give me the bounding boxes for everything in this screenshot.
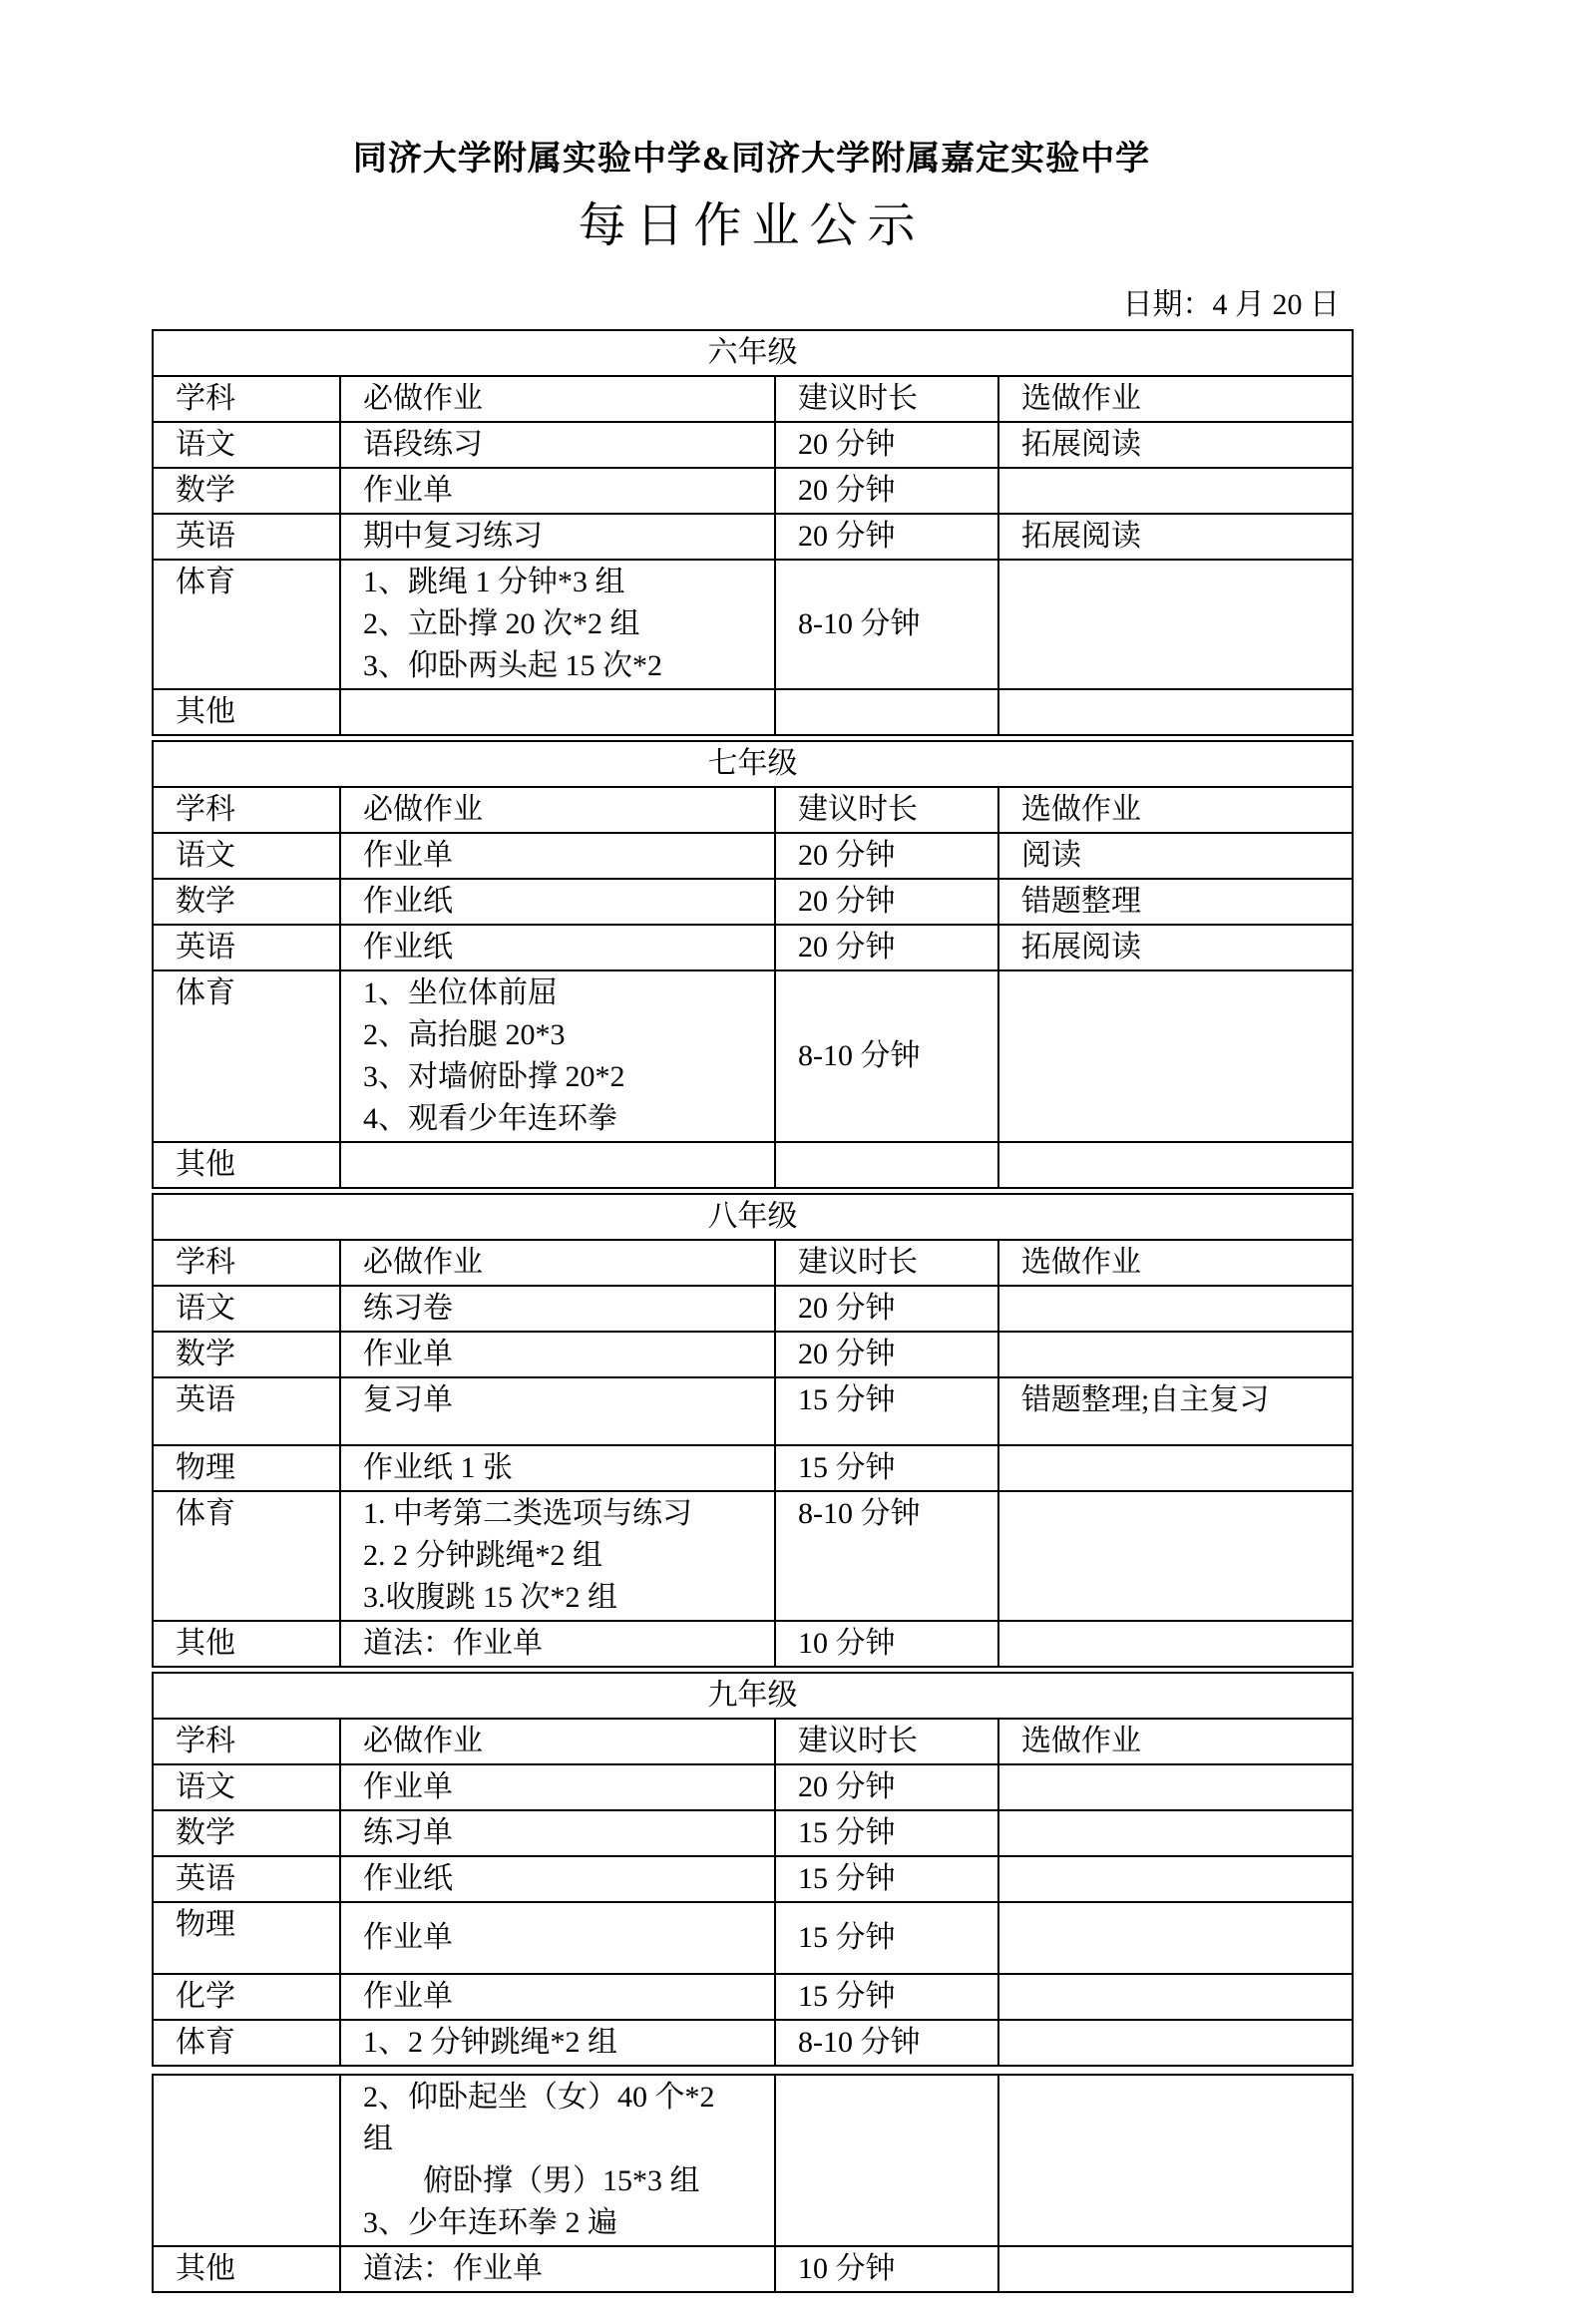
subject-cell: 其他 <box>153 689 340 735</box>
duration-cell: 8-10 分钟 <box>775 1491 998 1621</box>
homework-line: 组 <box>363 2119 766 2160</box>
homework-line: 道法：作业单 <box>363 1623 766 1665</box>
grade-band: 六年级 <box>153 330 1353 376</box>
duration-cell: 20 分钟 <box>775 422 998 468</box>
duration-cell: 20 分钟 <box>775 514 998 560</box>
subject-cell: 体育 <box>153 2020 340 2066</box>
subject-cell: 语文 <box>153 1286 340 1332</box>
required-cell: 1、2 分钟跳绳*2 组 <box>340 2020 775 2066</box>
duration-cell: 20 分钟 <box>775 833 998 879</box>
column-header: 学科 <box>153 1240 340 1286</box>
subject-cell: 英语 <box>153 1856 340 1902</box>
homework-line: 2、高抬腿 20*3 <box>363 1014 766 1056</box>
required-cell <box>340 689 775 735</box>
homework-line: 作业单 <box>363 470 766 512</box>
optional-cell <box>998 2020 1353 2066</box>
required-cell: 作业单 <box>340 1902 775 1974</box>
homework-line: 1. 中考第二类选项与练习 <box>363 1493 766 1535</box>
homework-line: 3.收腹跳 15 次*2 组 <box>363 1577 766 1619</box>
subject-cell: 其他 <box>153 1142 340 1188</box>
document-page: 同济大学附属实验中学&同济大学附属嘉定实验中学 每日作业公示 日期：4 月 20… <box>0 0 1582 2324</box>
homework-line: 4、观看少年连环拳 <box>363 1098 766 1140</box>
table-row: 语文作业单20 分钟阅读 <box>153 833 1353 879</box>
homework-line: 作业单 <box>363 1334 766 1375</box>
duration-cell: 15 分钟 <box>775 1856 998 1902</box>
column-header: 学科 <box>153 376 340 422</box>
homework-line: 3、对墙俯卧撑 20*2 <box>363 1056 766 1098</box>
subject-cell: 语文 <box>153 833 340 879</box>
homework-line: 练习单 <box>363 1812 766 1854</box>
subject-cell: 英语 <box>153 514 340 560</box>
subject-cell: 其他 <box>153 2246 340 2292</box>
homework-line: 期中复习练习 <box>363 516 766 558</box>
optional-cell: 阅读 <box>998 833 1353 879</box>
document-content: 同济大学附属实验中学&同济大学附属嘉定实验中学 每日作业公示 日期：4 月 20… <box>152 140 1352 2293</box>
required-cell: 1. 中考第二类选项与练习2. 2 分钟跳绳*2 组3.收腹跳 15 次*2 组 <box>340 1491 775 1621</box>
homework-line: 1、坐位体前屈 <box>363 972 766 1014</box>
grade-table: 七年级学科必做作业建议时长选做作业语文作业单20 分钟阅读数学作业纸20 分钟错… <box>152 740 1354 1189</box>
duration-cell: 10 分钟 <box>775 1621 998 1667</box>
column-header: 建议时长 <box>775 787 998 833</box>
optional-cell <box>998 468 1353 514</box>
required-cell: 期中复习练习 <box>340 514 775 560</box>
optional-cell <box>998 1810 1353 1856</box>
homework-line: 作业纸 1 张 <box>363 1447 766 1489</box>
subject-cell: 数学 <box>153 879 340 925</box>
optional-cell <box>998 1332 1353 1377</box>
subject-cell: 英语 <box>153 1377 340 1445</box>
required-cell: 道法：作业单 <box>340 1621 775 1667</box>
optional-cell: 拓展阅读 <box>998 925 1353 970</box>
duration-cell <box>775 1142 998 1188</box>
required-cell: 作业单 <box>340 1974 775 2020</box>
grade-table: 六年级学科必做作业建议时长选做作业语文语段练习20 分钟拓展阅读数学作业单20 … <box>152 329 1354 736</box>
subject-cell: 语文 <box>153 1764 340 1810</box>
column-header: 选做作业 <box>998 376 1353 422</box>
column-header: 选做作业 <box>998 1719 1353 1764</box>
homework-line: 作业单 <box>363 1976 766 2018</box>
homework-line: 2、仰卧起坐（女）40 个*2 <box>363 2077 766 2119</box>
column-header: 选做作业 <box>998 1240 1353 1286</box>
optional-cell <box>998 1974 1353 2020</box>
homework-line: 1、跳绳 1 分钟*3 组 <box>363 562 766 603</box>
column-header: 建议时长 <box>775 1240 998 1286</box>
tables-host: 六年级学科必做作业建议时长选做作业语文语段练习20 分钟拓展阅读数学作业单20 … <box>152 329 1352 2293</box>
duration-cell: 15 分钟 <box>775 1902 998 1974</box>
table-row: 语文语段练习20 分钟拓展阅读 <box>153 422 1353 468</box>
homework-line: 作业单 <box>363 835 766 877</box>
column-header: 必做作业 <box>340 376 775 422</box>
optional-cell <box>998 2246 1353 2292</box>
optional-cell: 错题整理;自主复习 <box>998 1377 1353 1445</box>
table-row: 英语作业纸15 分钟 <box>153 1856 1353 1902</box>
optional-cell <box>998 2075 1353 2246</box>
subject-cell: 物理 <box>153 1902 340 1974</box>
table-row: 其他 <box>153 1142 1353 1188</box>
required-cell: 练习卷 <box>340 1286 775 1332</box>
table-row: 2、仰卧起坐（女）40 个*2组 俯卧撑（男）15*3 组3、少年连环拳 2 遍 <box>153 2075 1353 2246</box>
duration-cell: 15 分钟 <box>775 1974 998 2020</box>
table-row: 语文练习卷20 分钟 <box>153 1286 1353 1332</box>
grade-band: 九年级 <box>153 1673 1353 1719</box>
duration-cell <box>775 689 998 735</box>
required-cell: 作业纸 <box>340 925 775 970</box>
required-cell: 2、仰卧起坐（女）40 个*2组 俯卧撑（男）15*3 组3、少年连环拳 2 遍 <box>340 2075 775 2246</box>
table-row: 其他 <box>153 689 1353 735</box>
homework-line: 复习单 <box>363 1379 766 1421</box>
grade-table: 八年级学科必做作业建议时长选做作业语文练习卷20 分钟数学作业单20 分钟英语复… <box>152 1193 1354 1668</box>
homework-line: 作业纸 <box>363 881 766 923</box>
required-cell: 作业单 <box>340 833 775 879</box>
table-row: 其他道法：作业单10 分钟 <box>153 1621 1353 1667</box>
duration-cell: 8-10 分钟 <box>775 2020 998 2066</box>
duration-cell <box>775 2075 998 2246</box>
table-row: 英语复习单15 分钟错题整理;自主复习 <box>153 1377 1353 1445</box>
subject-cell: 体育 <box>153 970 340 1142</box>
required-cell: 道法：作业单 <box>340 2246 775 2292</box>
required-cell: 复习单 <box>340 1377 775 1445</box>
subject-cell <box>153 2075 340 2246</box>
duration-cell: 15 分钟 <box>775 1377 998 1445</box>
homework-line: 道法：作业单 <box>363 2248 766 2290</box>
table-row: 体育1、跳绳 1 分钟*3 组2、立卧撑 20 次*2 组3、仰卧两头起 15 … <box>153 560 1353 689</box>
column-header: 学科 <box>153 1719 340 1764</box>
required-cell <box>340 1142 775 1188</box>
subject-cell: 体育 <box>153 1491 340 1621</box>
subject-cell: 数学 <box>153 468 340 514</box>
table-row: 英语作业纸20 分钟拓展阅读 <box>153 925 1353 970</box>
table-row: 物理作业纸 1 张15 分钟 <box>153 1445 1353 1491</box>
homework-line: 练习卷 <box>363 1288 766 1330</box>
grade-table: 九年级学科必做作业建议时长选做作业语文作业单20 分钟数学练习单15 分钟英语作… <box>152 1672 1354 2067</box>
homework-line: 3、仰卧两头起 15 次*2 <box>363 645 766 687</box>
column-header: 必做作业 <box>340 787 775 833</box>
optional-cell: 错题整理 <box>998 879 1353 925</box>
subject-cell: 数学 <box>153 1810 340 1856</box>
homework-line: 作业单 <box>363 1917 766 1959</box>
optional-cell <box>998 1491 1353 1621</box>
page-title: 每日作业公示 <box>152 192 1352 261</box>
homework-line: 作业单 <box>363 1766 766 1808</box>
required-cell: 1、跳绳 1 分钟*3 组2、立卧撑 20 次*2 组3、仰卧两头起 15 次*… <box>340 560 775 689</box>
table-row: 数学作业单20 分钟 <box>153 468 1353 514</box>
required-cell: 作业纸 <box>340 879 775 925</box>
column-header: 学科 <box>153 787 340 833</box>
optional-cell <box>998 1445 1353 1491</box>
optional-cell <box>998 689 1353 735</box>
optional-cell: 拓展阅读 <box>998 422 1353 468</box>
required-cell: 1、坐位体前屈2、高抬腿 20*33、对墙俯卧撑 20*24、观看少年连环拳 <box>340 970 775 1142</box>
duration-cell: 20 分钟 <box>775 1332 998 1377</box>
subject-cell: 化学 <box>153 1974 340 2020</box>
optional-cell <box>998 1856 1353 1902</box>
grade-band: 八年级 <box>153 1194 1353 1240</box>
school-name: 同济大学附属实验中学&同济大学附属嘉定实验中学 <box>152 140 1352 180</box>
table-row: 体育1、坐位体前屈2、高抬腿 20*33、对墙俯卧撑 20*24、观看少年连环拳… <box>153 970 1353 1142</box>
optional-cell <box>998 970 1353 1142</box>
table-row: 其他道法：作业单10 分钟 <box>153 2246 1353 2292</box>
table-row: 语文作业单20 分钟 <box>153 1764 1353 1810</box>
date-label: 日期：4 月 20 日 <box>152 285 1352 325</box>
required-cell: 作业纸 1 张 <box>340 1445 775 1491</box>
optional-cell <box>998 1142 1353 1188</box>
column-header: 必做作业 <box>340 1719 775 1764</box>
required-cell: 作业单 <box>340 1332 775 1377</box>
table-row: 体育1. 中考第二类选项与练习2. 2 分钟跳绳*2 组3.收腹跳 15 次*2… <box>153 1491 1353 1621</box>
optional-cell <box>998 1286 1353 1332</box>
required-cell: 作业单 <box>340 468 775 514</box>
duration-cell: 20 分钟 <box>775 468 998 514</box>
homework-line: 2. 2 分钟跳绳*2 组 <box>363 1535 766 1577</box>
homework-line: 作业纸 <box>363 1858 766 1900</box>
table-row: 数学练习单15 分钟 <box>153 1810 1353 1856</box>
homework-line: 1、2 分钟跳绳*2 组 <box>363 2022 766 2064</box>
table-row: 体育1、2 分钟跳绳*2 组8-10 分钟 <box>153 2020 1353 2066</box>
optional-cell <box>998 1621 1353 1667</box>
duration-cell: 15 分钟 <box>775 1445 998 1491</box>
required-cell: 练习单 <box>340 1810 775 1856</box>
optional-cell <box>998 560 1353 689</box>
grade-table-continuation: 2、仰卧起坐（女）40 个*2组 俯卧撑（男）15*3 组3、少年连环拳 2 遍… <box>152 2074 1354 2293</box>
subject-cell: 体育 <box>153 560 340 689</box>
homework-line: 语段练习 <box>363 424 766 466</box>
column-header: 建议时长 <box>775 376 998 422</box>
subject-cell: 数学 <box>153 1332 340 1377</box>
subject-cell: 英语 <box>153 925 340 970</box>
table-row: 化学作业单15 分钟 <box>153 1974 1353 2020</box>
homework-line: 作业纸 <box>363 927 766 968</box>
subject-cell: 物理 <box>153 1445 340 1491</box>
table-row: 英语期中复习练习20 分钟拓展阅读 <box>153 514 1353 560</box>
duration-cell: 8-10 分钟 <box>775 560 998 689</box>
grade-band: 七年级 <box>153 741 1353 787</box>
column-header: 选做作业 <box>998 787 1353 833</box>
subject-cell: 其他 <box>153 1621 340 1667</box>
duration-cell: 20 分钟 <box>775 1286 998 1332</box>
duration-cell: 10 分钟 <box>775 2246 998 2292</box>
duration-cell: 15 分钟 <box>775 1810 998 1856</box>
table-row: 物理作业单15 分钟 <box>153 1902 1353 1974</box>
optional-cell: 拓展阅读 <box>998 514 1353 560</box>
column-header: 必做作业 <box>340 1240 775 1286</box>
duration-cell: 8-10 分钟 <box>775 970 998 1142</box>
optional-cell <box>998 1764 1353 1810</box>
optional-cell <box>998 1902 1353 1974</box>
required-cell: 作业单 <box>340 1764 775 1810</box>
required-cell: 语段练习 <box>340 422 775 468</box>
duration-cell: 20 分钟 <box>775 879 998 925</box>
subject-cell: 语文 <box>153 422 340 468</box>
required-cell: 作业纸 <box>340 1856 775 1902</box>
homework-line: 3、少年连环拳 2 遍 <box>363 2202 766 2244</box>
duration-cell: 20 分钟 <box>775 1764 998 1810</box>
homework-line: 2、立卧撑 20 次*2 组 <box>363 603 766 645</box>
homework-line: 俯卧撑（男）15*3 组 <box>363 2160 766 2202</box>
duration-cell: 20 分钟 <box>775 925 998 970</box>
column-header: 建议时长 <box>775 1719 998 1764</box>
table-row: 数学作业纸20 分钟错题整理 <box>153 879 1353 925</box>
table-row: 数学作业单20 分钟 <box>153 1332 1353 1377</box>
